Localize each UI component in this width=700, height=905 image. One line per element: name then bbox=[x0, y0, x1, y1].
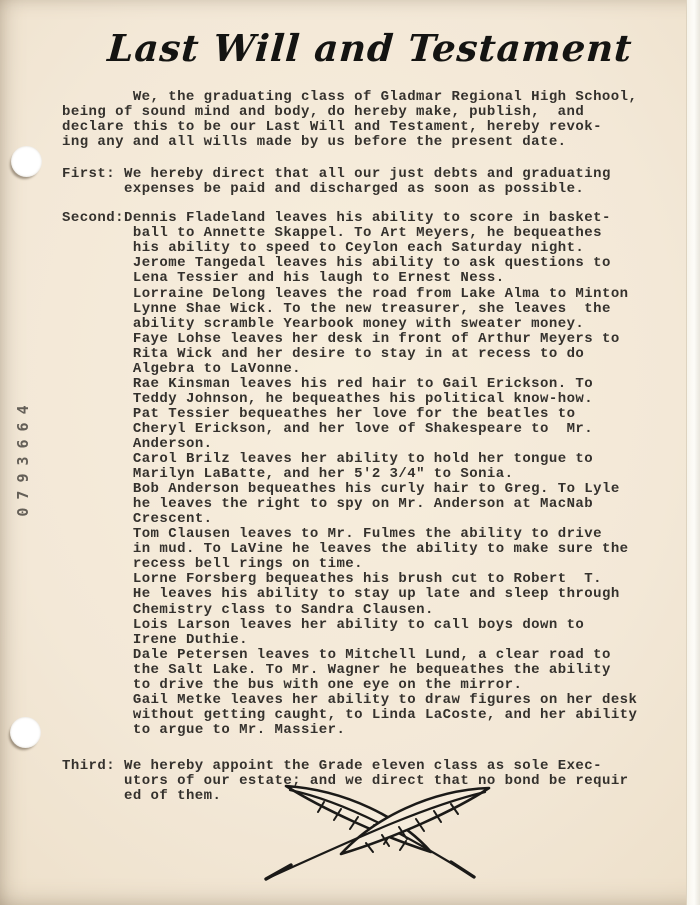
scanned-document-page: 0793664 Last Will and Testament We, the … bbox=[0, 0, 700, 905]
section-first: First: We hereby direct that all our jus… bbox=[62, 167, 662, 197]
hole-punch-bottom bbox=[10, 717, 41, 748]
document-body: We, the graduating class of Gladmar Regi… bbox=[62, 90, 662, 804]
section-first-label: First: bbox=[62, 167, 124, 182]
section-second-text: Dennis Fladeland leaves his ability to s… bbox=[124, 211, 662, 738]
section-second: Second: Dennis Fladeland leaves his abil… bbox=[62, 211, 662, 738]
scan-edge-strip bbox=[686, 0, 700, 905]
intro-paragraph: We, the graduating class of Gladmar Regi… bbox=[62, 90, 662, 150]
section-third-label: Third: bbox=[62, 759, 124, 774]
crossed-quills-illustration bbox=[246, 780, 531, 892]
page-title: Last Will and Testament bbox=[68, 26, 671, 70]
section-first-text: We hereby direct that all our just debts… bbox=[124, 167, 662, 197]
hole-punch-top bbox=[11, 146, 42, 177]
section-second-label: Second: bbox=[62, 211, 124, 226]
file-number-stamp: 0793664 bbox=[14, 397, 32, 516]
